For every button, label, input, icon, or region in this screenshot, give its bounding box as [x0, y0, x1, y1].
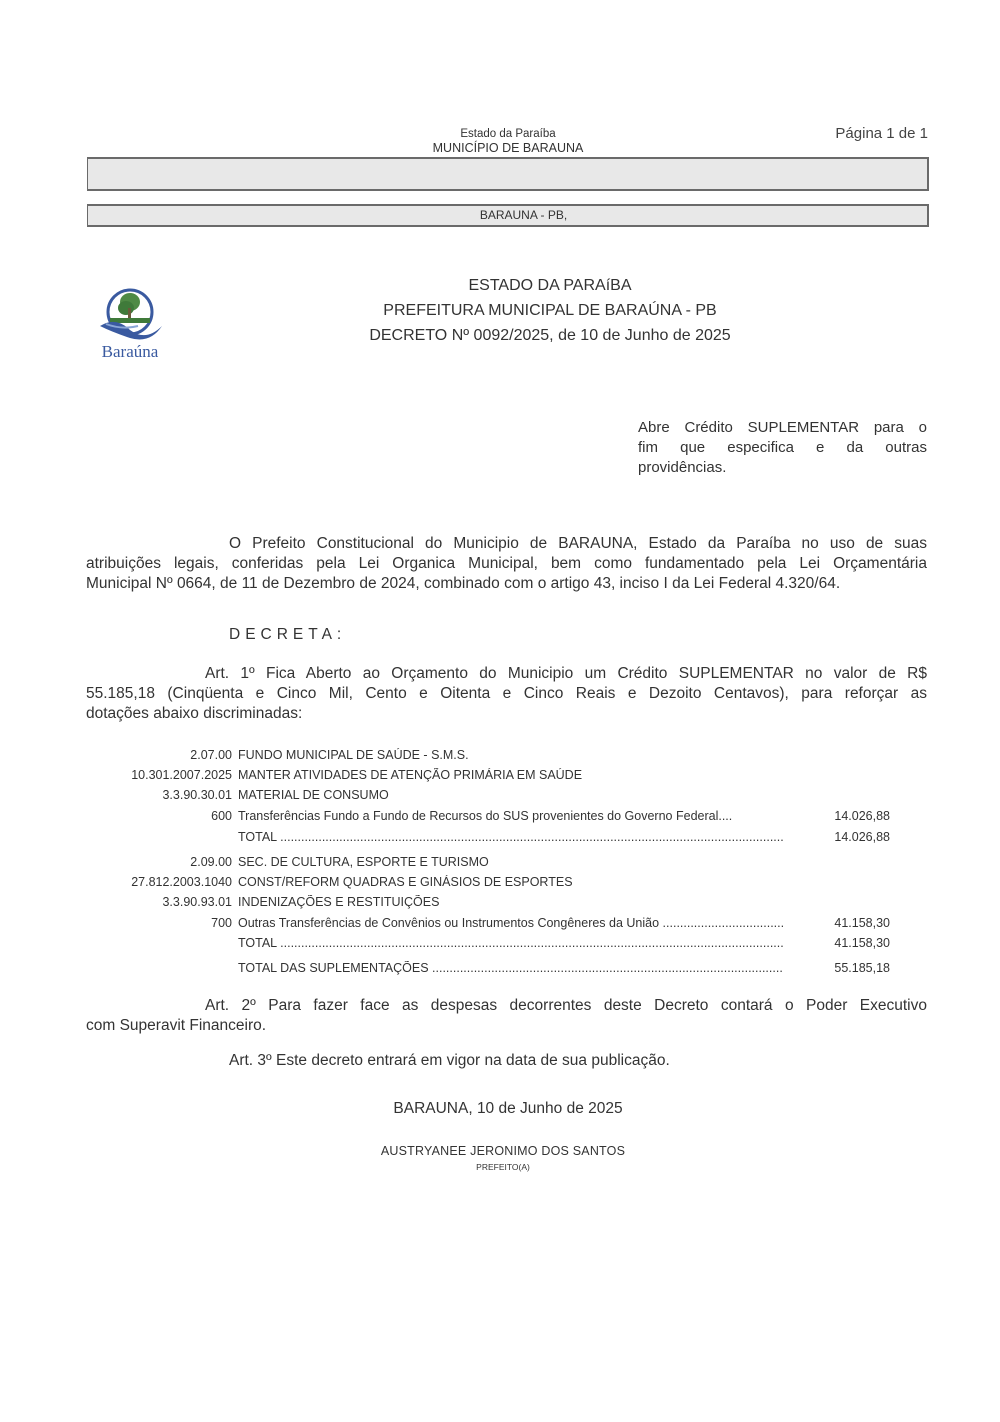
allocation-value: 14.026,88 — [834, 830, 890, 844]
decree-title: DECRETO Nº 0092/2025, de 10 de Junho de … — [300, 327, 800, 345]
table-row: TOTAL14.026,88 — [86, 830, 927, 850]
title-state: ESTADO DA PARAíBA — [300, 277, 800, 295]
table-row: 600Transferências Fundo a Fundo de Recur… — [86, 809, 927, 829]
table-row: 10.301.2007.2025MANTER ATIVIDADES DE ATE… — [86, 768, 927, 788]
ementa-line: providências. — [638, 458, 927, 478]
allocation-description: CONST/REFORM QUADRAS E GINÁSIOS DE ESPOR… — [238, 875, 783, 889]
allocation-code: 2.07.00 — [190, 748, 232, 762]
allocation-description: MATERIAL DE CONSUMO — [238, 788, 783, 802]
ementa-line: fim que especifica e da outras — [638, 438, 927, 458]
table-row: 2.09.00SEC. DE CULTURA, ESPORTE E TURISM… — [86, 855, 927, 875]
article-2: Art. 2º Para fazer face as despesas deco… — [86, 996, 927, 1036]
table-row: 3.3.90.93.01INDENIZAÇÕES E RESTITUIÇÕES — [86, 895, 927, 915]
table-row: 2.07.00FUNDO MUNICIPAL DE SAÚDE - S.M.S. — [86, 748, 927, 768]
allocation-code: 700 — [211, 916, 232, 930]
decreta-heading: DECRETA: — [229, 626, 346, 644]
allocation-description: TOTAL DAS SUPLEMENTAÇÕES — [238, 961, 783, 975]
allocation-description: MANTER ATIVIDADES DE ATENÇÃO PRIMÁRIA EM… — [238, 768, 783, 782]
allocation-code: 10.301.2007.2025 — [131, 768, 232, 782]
allocation-value: 41.158,30 — [834, 936, 890, 950]
table-row: TOTAL41.158,30 — [86, 936, 927, 956]
allocation-description: INDENIZAÇÕES E RESTITUIÇÕES — [238, 895, 783, 909]
article-1: Art. 1º Fica Aberto ao Orçamento do Muni… — [86, 664, 927, 724]
location-label: BARAUNA - PB, — [88, 206, 927, 225]
allocation-value: 41.158,30 — [834, 916, 890, 930]
allocation-code: 27.812.2003.1040 — [131, 875, 232, 889]
signer-name: AUSTRYANEE JERONIMO DOS SANTOS — [0, 1144, 1000, 1158]
header-box-empty — [87, 157, 929, 191]
preamble-line: O Prefeito Constitucional do Municipio d… — [86, 534, 927, 554]
allocation-code: 2.09.00 — [190, 855, 232, 869]
allocation-description: Outras Transferências de Convênios ou In… — [238, 916, 783, 930]
article-2-line: com Superavit Financeiro. — [86, 1016, 927, 1036]
table-row: 3.3.90.30.01MATERIAL DE CONSUMO — [86, 788, 927, 808]
allocation-code: 3.3.90.93.01 — [162, 895, 232, 909]
article-1-line: dotações abaixo discriminadas: — [86, 704, 927, 724]
allocation-value: 55.185,18 — [834, 961, 890, 975]
ementa-line: Abre Crédito SUPLEMENTAR para o — [638, 418, 927, 438]
place-date: BARAUNA, 10 de Junho de 2025 — [0, 1100, 1000, 1118]
allocation-description: Transferências Fundo a Fundo de Recursos… — [238, 809, 783, 823]
preamble-line: Municipal Nº 0664, de 11 de Dezembro de … — [86, 574, 927, 594]
header-box-location: BARAUNA - PB, — [87, 204, 929, 227]
allocation-code: 600 — [211, 809, 232, 823]
signer-role: PREFEITO(A) — [0, 1162, 1000, 1172]
title-prefecture: PREFEITURA MUNICIPAL DE BARAÚNA - PB — [300, 302, 800, 320]
table-row: 27.812.2003.1040CONST/REFORM QUADRAS E G… — [86, 875, 927, 895]
article-3: Art. 3º Este decreto entrará em vigor na… — [229, 1052, 670, 1070]
allocation-code: 3.3.90.30.01 — [162, 788, 232, 802]
allocation-value: 14.026,88 — [834, 809, 890, 823]
ementa: Abre Crédito SUPLEMENTAR para o fim que … — [638, 418, 927, 478]
preamble-line: atribuições legais, conferidas pela Lei … — [86, 554, 927, 574]
preamble: O Prefeito Constitucional do Municipio d… — [86, 534, 927, 594]
allocation-description: TOTAL — [238, 830, 783, 844]
article-2-line: Art. 2º Para fazer face as despesas deco… — [86, 996, 927, 1016]
table-row: 700Outras Transferências de Convênios ou… — [86, 916, 927, 936]
allocation-description: TOTAL — [238, 936, 783, 950]
logo-text: Baraúna — [90, 342, 170, 362]
article-1-line: Art. 1º Fica Aberto ao Orçamento do Muni… — [86, 664, 927, 684]
header-municipality: MUNICÍPIO DE BARAUNA — [0, 141, 1000, 156]
article-1-line: 55.185,18 (Cinqüenta e Cinco Mil, Cento … — [86, 684, 927, 704]
table-row: TOTAL DAS SUPLEMENTAÇÕES55.185,18 — [86, 961, 927, 981]
allocation-description: FUNDO MUNICIPAL DE SAÚDE - S.M.S. — [238, 748, 783, 762]
page-indicator: Página 1 de 1 — [835, 125, 928, 142]
allocation-description: SEC. DE CULTURA, ESPORTE E TURISMO — [238, 855, 783, 869]
